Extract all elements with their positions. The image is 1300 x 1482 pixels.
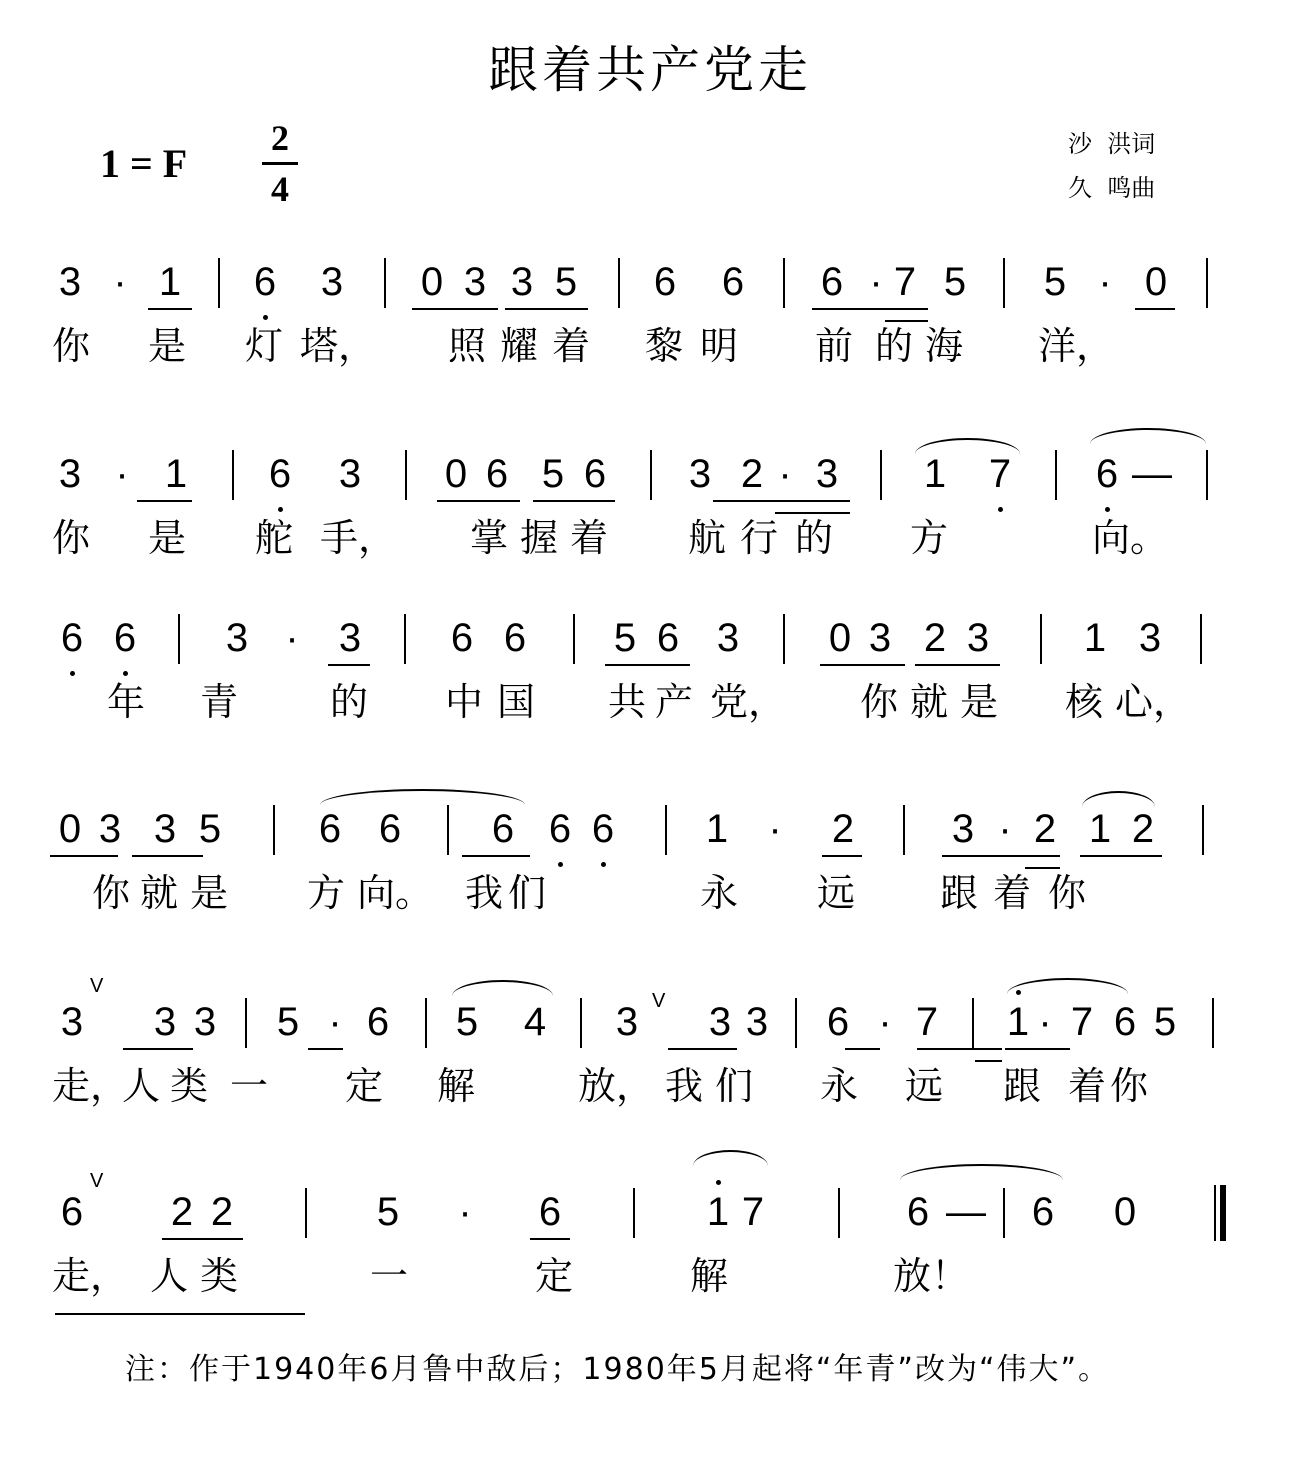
note: 6	[264, 452, 296, 496]
augmentation-dot: ·	[869, 1000, 901, 1044]
note: 5	[451, 1000, 483, 1044]
barline	[405, 450, 407, 500]
beam-underline	[775, 512, 850, 514]
lyric-syllable: 航	[688, 516, 726, 560]
barline	[783, 614, 785, 664]
note: 7	[984, 452, 1016, 496]
lyric-syllable: 是	[148, 324, 186, 368]
lyric-syllable: 是	[148, 516, 186, 560]
note: 3	[506, 260, 538, 304]
barline	[783, 258, 785, 308]
lyric-syllable: 我	[665, 1064, 703, 1108]
note: 5	[272, 1000, 304, 1044]
slur-arc	[452, 980, 553, 996]
beam-underline	[1080, 855, 1162, 857]
note: 1	[702, 1190, 734, 1234]
note: 1	[1079, 616, 1111, 660]
note: 6	[822, 1000, 854, 1044]
beam-underline	[1135, 308, 1175, 310]
note: 6	[499, 616, 531, 660]
lyric-syllable: 你	[860, 680, 898, 724]
key-signature: 1 = F	[100, 140, 187, 187]
extension-dash: —	[946, 1190, 978, 1234]
lyric-syllable: 行	[740, 516, 778, 560]
lyric-syllable: 一	[230, 1064, 268, 1108]
beam-underline	[668, 1048, 737, 1050]
song-title: 跟着共产党走	[0, 30, 1300, 102]
barline	[1200, 614, 1202, 664]
note: 6	[717, 260, 749, 304]
note: 7	[737, 1190, 769, 1234]
note: 6	[314, 807, 346, 851]
lyric-syllable: 永	[820, 1064, 858, 1108]
note: 2	[736, 452, 768, 496]
note: 3	[334, 616, 366, 660]
barline	[1212, 998, 1214, 1048]
barline	[425, 998, 427, 1048]
beam-underline	[605, 664, 690, 666]
final-barline	[1214, 1185, 1226, 1241]
barline	[1003, 1188, 1005, 1238]
lyric-syllable: 向。	[1092, 516, 1168, 560]
lyric-syllable: 照	[448, 324, 486, 368]
note: 3	[684, 452, 716, 496]
lyric-syllable: 你	[92, 871, 130, 915]
lyric-syllable: 灯	[245, 324, 283, 368]
lyric-syllable: 产	[655, 680, 693, 724]
note: 3	[149, 807, 181, 851]
lyric-syllable: 就	[910, 680, 948, 724]
lyric-syllable: 是	[960, 680, 998, 724]
barline	[580, 998, 582, 1048]
beam-underline	[308, 1048, 343, 1050]
lyric-syllable: 舵	[255, 516, 293, 560]
lyric-syllable: 定	[535, 1254, 573, 1298]
barline	[633, 1188, 635, 1238]
lyric-syllable: 方	[910, 516, 948, 560]
augmentation-dot: ·	[104, 260, 136, 304]
lyric-syllable: 解	[437, 1064, 475, 1108]
augmentation-dot: ·	[276, 616, 308, 660]
note: 6	[56, 616, 88, 660]
augmentation-dot: ·	[1029, 1000, 1061, 1044]
score-line: 3·1630335666·755·0你是灯塔，照耀着黎明前的海洋，	[0, 250, 1300, 390]
lyric-syllable: 一	[370, 1254, 408, 1298]
lyric-syllable: 海	[925, 324, 963, 368]
lyric-syllable: 走，	[52, 1064, 128, 1108]
lyric-syllable: 远	[817, 871, 855, 915]
lyric-syllable: 黎	[645, 324, 683, 368]
note: 5	[537, 452, 569, 496]
lyric-syllable: 心，	[1115, 680, 1191, 724]
beam-underline	[462, 855, 530, 857]
lyric-syllable: 人	[122, 1064, 160, 1108]
note: 3	[864, 616, 896, 660]
lyric-syllable: 类	[170, 1064, 208, 1108]
barline	[1206, 450, 1208, 500]
lyric-syllable: 国	[497, 680, 535, 724]
credits: 沙 洪词 久 鸣曲	[1068, 122, 1155, 210]
lyric-syllable: 的	[795, 516, 833, 560]
note: 6	[649, 260, 681, 304]
score-line: 3335·6543336·71·765VV走，人类一定解放，我们永远跟着你	[0, 990, 1300, 1130]
note: 5	[372, 1190, 404, 1234]
note: 6	[446, 616, 478, 660]
augmentation-dot: ·	[106, 452, 138, 496]
note: 1	[919, 452, 951, 496]
note: 6	[374, 807, 406, 851]
note: 5	[1039, 260, 1071, 304]
breath-mark: V	[652, 990, 665, 1013]
beam-underline	[845, 1048, 880, 1050]
beam-underline	[137, 500, 192, 502]
barline	[404, 614, 406, 664]
note: 3	[459, 260, 491, 304]
note: 5	[939, 260, 971, 304]
note: 3	[56, 1000, 88, 1044]
slur-arc	[693, 1150, 768, 1166]
lyric-syllable: 明	[700, 324, 738, 368]
note: 6	[816, 260, 848, 304]
lyric-syllable: 塔，	[300, 324, 376, 368]
note: 3	[316, 260, 348, 304]
note: 2	[1127, 807, 1159, 851]
note: 3	[704, 1000, 736, 1044]
note: 3	[334, 452, 366, 496]
time-signature-bottom: 4	[262, 169, 298, 209]
beam-underline	[942, 855, 1060, 857]
beam-underline	[885, 320, 928, 322]
lyric-syllable: 跟	[1003, 1064, 1041, 1108]
lyric-syllable: 共	[608, 680, 646, 724]
beam-underline	[530, 1238, 570, 1240]
note: 6	[481, 452, 513, 496]
note: 7	[911, 1000, 943, 1044]
note: 1	[160, 452, 192, 496]
augmentation-dot: ·	[769, 452, 801, 496]
note: 1	[154, 260, 186, 304]
time-signature-top: 2	[262, 118, 298, 158]
augmentation-dot: ·	[1089, 260, 1121, 304]
lyric-syllable: 永	[700, 871, 738, 915]
beam-underline	[820, 664, 905, 666]
note: 2	[206, 1190, 238, 1234]
barline	[178, 614, 180, 664]
note: 6	[579, 452, 611, 496]
lyric-syllable: 走，	[52, 1254, 128, 1298]
barline	[245, 998, 247, 1048]
lyric-syllable: 向。	[357, 871, 433, 915]
footnote: 注：作于1940年6月鲁中敌后；1980年5月起将“年青”改为“伟大”。	[55, 1345, 1245, 1395]
note: 7	[1066, 1000, 1098, 1044]
beam-underline	[437, 500, 520, 502]
lyric-syllable: 的	[875, 324, 913, 368]
slur-arc	[915, 438, 1020, 454]
lyric-syllable: 们	[715, 1064, 753, 1108]
lyric-syllable: 党，	[710, 680, 786, 724]
beam-underline	[915, 664, 1000, 666]
slur-arc	[1007, 978, 1128, 994]
footnote-divider	[55, 1313, 305, 1315]
extension-dash: —	[1132, 452, 1164, 496]
barline	[838, 1188, 840, 1238]
note: 6	[1027, 1190, 1059, 1234]
lyric-syllable: 远	[905, 1064, 943, 1108]
slur-arc	[900, 1164, 1063, 1180]
note: 3	[54, 452, 86, 496]
lyric-syllable: 耀	[500, 324, 538, 368]
beam-underline	[812, 308, 928, 310]
lyric-syllable: 着	[1068, 1064, 1106, 1108]
lyric-syllable: 人	[150, 1254, 188, 1298]
lyric-syllable: 跟	[940, 871, 978, 915]
lyric-syllable: 青	[200, 680, 238, 724]
note: 3	[1134, 616, 1166, 660]
lyric-syllable: 洋，	[1038, 324, 1114, 368]
lyric-syllable: 核	[1065, 680, 1103, 724]
lyric-syllable: 定	[345, 1064, 383, 1108]
barline	[665, 805, 667, 855]
note: 2	[919, 616, 951, 660]
note: 3	[962, 616, 994, 660]
lyric-syllable: 是	[190, 871, 228, 915]
score-line: 6225·6176—60V走，人类一定解放！	[0, 1180, 1300, 1320]
lyric-syllable: 放，	[578, 1064, 654, 1108]
note: 3	[221, 616, 253, 660]
beam-underline	[1025, 867, 1060, 869]
time-signature-divider	[262, 162, 298, 165]
time-signature: 2 4	[262, 118, 298, 209]
note: 5	[550, 260, 582, 304]
lyricist-credit: 沙 洪词	[1068, 122, 1155, 166]
barline	[1003, 258, 1005, 308]
note: 1	[1084, 807, 1116, 851]
note: 0	[824, 616, 856, 660]
note: 3	[611, 1000, 643, 1044]
lyric-syllable: 类	[200, 1254, 238, 1298]
note: 6	[1109, 1000, 1141, 1044]
barline	[273, 805, 275, 855]
note: 2	[1029, 807, 1061, 851]
barline	[618, 258, 620, 308]
note: 2	[166, 1190, 198, 1234]
note: 6	[56, 1190, 88, 1234]
note: 3	[189, 1000, 221, 1044]
lyric-syllable: 的	[330, 680, 368, 724]
composer-credit: 久 鸣曲	[1068, 166, 1155, 210]
lyric-syllable: 年	[107, 680, 145, 724]
barline	[384, 258, 386, 308]
barline	[1040, 614, 1042, 664]
barline	[650, 450, 652, 500]
barline	[880, 450, 882, 500]
beam-underline	[162, 1238, 243, 1240]
barline	[1206, 258, 1208, 308]
note: 3	[947, 807, 979, 851]
note: 3	[94, 807, 126, 851]
barline	[447, 805, 449, 855]
augmentation-dot: ·	[449, 1190, 481, 1234]
barline	[903, 805, 905, 855]
lyric-syllable: 你	[1048, 871, 1086, 915]
note: 0	[416, 260, 448, 304]
note: 3	[149, 1000, 181, 1044]
beam-underline	[505, 308, 588, 310]
note: 6	[544, 807, 576, 851]
beam-underline	[50, 855, 118, 857]
note: 6	[362, 1000, 394, 1044]
score-line: 663·366563032313年青的中国共产党，你就是核心，	[0, 606, 1300, 746]
note: 3	[741, 1000, 773, 1044]
breath-mark: V	[90, 1170, 103, 1193]
note: 0	[1140, 260, 1172, 304]
score-line: 3·163065632·3176—你是舵手，掌握着航行的方向。	[0, 442, 1300, 582]
note: 1	[701, 807, 733, 851]
lyric-syllable: 你	[52, 516, 90, 560]
note: 6	[534, 1190, 566, 1234]
lyric-syllable: 掌	[470, 516, 508, 560]
lyric-syllable: 放！	[893, 1254, 969, 1298]
barline	[972, 998, 974, 1048]
note: 6	[902, 1190, 934, 1234]
note: 5	[1149, 1000, 1181, 1044]
beam-underline	[975, 1060, 1002, 1062]
lyric-syllable: 们	[508, 871, 546, 915]
beam-underline	[132, 855, 203, 857]
lyric-syllable: 你	[52, 324, 90, 368]
note: 0	[1109, 1190, 1141, 1234]
note: 6	[1091, 452, 1123, 496]
barline	[218, 258, 220, 308]
lyric-syllable: 解	[690, 1254, 728, 1298]
barline	[305, 1188, 307, 1238]
augmentation-dot: ·	[759, 807, 791, 851]
beam-underline	[123, 1048, 193, 1050]
beam-underline	[1005, 1048, 1070, 1050]
note: 5	[609, 616, 641, 660]
augmentation-dot: ·	[319, 1000, 351, 1044]
lyric-syllable: 着	[570, 516, 608, 560]
barline	[795, 998, 797, 1048]
lyric-syllable: 着	[993, 871, 1031, 915]
note: 3	[54, 260, 86, 304]
note: 6	[652, 616, 684, 660]
beam-underline	[148, 308, 192, 310]
beam-underline	[412, 308, 498, 310]
score-line: 0335666661·23·212你就是方向。我们永远跟着你	[0, 797, 1300, 937]
lyric-syllable: 方	[307, 871, 345, 915]
note: 3	[811, 452, 843, 496]
note: 6	[487, 807, 519, 851]
note: 3	[712, 616, 744, 660]
slur-arc	[1082, 791, 1155, 807]
lyric-syllable: 你	[1110, 1064, 1148, 1108]
barline	[1202, 805, 1204, 855]
note: 2	[827, 807, 859, 851]
note: 5	[194, 807, 226, 851]
note: 0	[440, 452, 472, 496]
beam-underline	[328, 664, 370, 666]
beam-underline	[917, 1048, 1002, 1050]
lyric-syllable: 握	[520, 516, 558, 560]
breath-mark: V	[90, 975, 103, 998]
note: 6	[587, 807, 619, 851]
lyric-syllable: 着	[552, 324, 590, 368]
lyric-syllable: 中	[445, 680, 483, 724]
beam-underline	[822, 855, 862, 857]
slur-arc	[320, 789, 525, 805]
note: 0	[54, 807, 86, 851]
beam-underline	[713, 500, 850, 502]
slur-arc	[1090, 428, 1206, 444]
lyric-syllable: 手，	[320, 516, 396, 560]
note: 6	[249, 260, 281, 304]
barline	[1055, 450, 1057, 500]
lyric-syllable: 前	[815, 324, 853, 368]
barline	[573, 614, 575, 664]
note: 7	[889, 260, 921, 304]
barline	[232, 450, 234, 500]
beam-underline	[533, 500, 615, 502]
augmentation-dot: ·	[989, 807, 1021, 851]
note: 4	[519, 1000, 551, 1044]
lyric-syllable: 我	[465, 871, 503, 915]
note: 6	[109, 616, 141, 660]
augmentation-dot: ·	[860, 260, 892, 304]
lyric-syllable: 就	[140, 871, 178, 915]
